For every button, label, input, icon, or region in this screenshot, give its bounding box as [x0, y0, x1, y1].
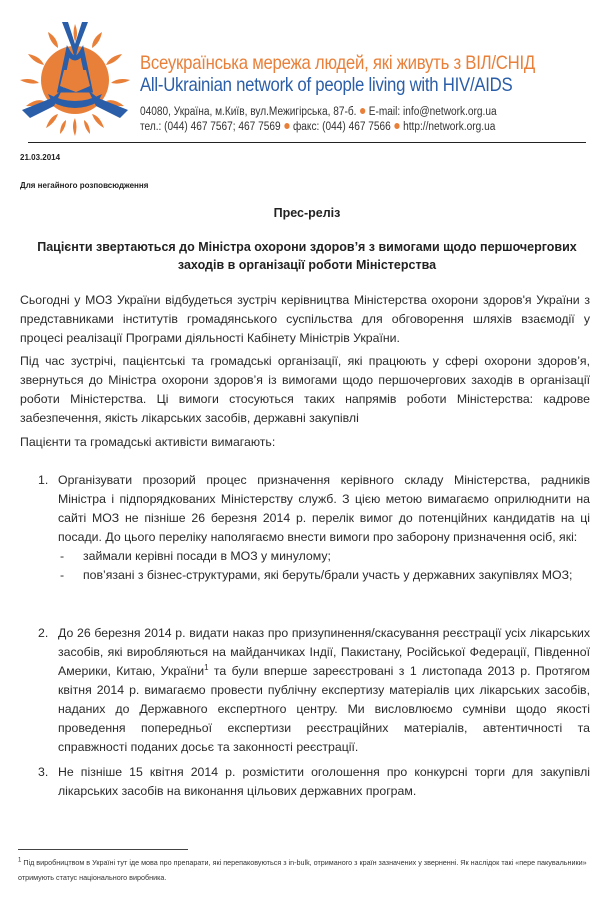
list-number: 3. [38, 763, 58, 782]
footnote-divider [18, 849, 188, 850]
sub-item-text: займали керівні посади в МОЗ у минулому; [83, 549, 331, 563]
bullet-dot-icon [360, 108, 365, 114]
paragraph-demands-lead: Пацієнти та громадські активісти вимагаю… [20, 433, 590, 452]
email: E-mail: info@network.org.ua [369, 106, 497, 118]
contact-line-phone: тел.: (044) 467 7567; 467 7569факс: (044… [140, 121, 495, 133]
sub-item-text: пов’язані з бізнес-структурами, які беру… [83, 568, 572, 582]
contact-line-address: 04080, Україна, м.Київ, вул.Межигірська,… [140, 106, 497, 118]
demand-text: Організувати прозорий процес призначення… [58, 471, 590, 547]
list-item-body: Організувати прозорий процес призначення… [58, 471, 590, 585]
phone: тел.: (044) 467 7567; 467 7569 [140, 121, 281, 133]
sun-with-people-logo-icon [18, 18, 133, 138]
sub-item: - займали керівні посади в МОЗ у минулом… [58, 547, 590, 566]
document-date: 21.03.2014 [20, 153, 60, 162]
bullet-dot-icon [284, 123, 289, 129]
list-item-body: Не пізніше 15 квітня 2014 р. розмістити … [58, 763, 590, 801]
footnote: 1 Під виробництвом в Україні тут іде мов… [18, 855, 608, 885]
list-number: 2. [38, 624, 58, 643]
org-name-ukrainian: Всеукраїнська мережа людей, які живуть з… [140, 52, 535, 75]
fax: факс: (044) 467 7566 [293, 121, 391, 133]
org-name-english: All-Ukrainian network of people living w… [140, 74, 512, 97]
paragraph-demands-intro: Під час зустрічі, пацієнтські та громадс… [20, 352, 590, 428]
distribution-note: Для негайного розповсюдження [20, 181, 148, 190]
sub-item: - пов’язані з бізнес-структурами, які бе… [58, 566, 590, 585]
website: http://network.org.ua [403, 121, 495, 133]
list-number: 1. [38, 471, 58, 490]
letterhead: Всеукраїнська мережа людей, які живуть з… [0, 0, 614, 148]
document-type-title: Прес-реліз [0, 206, 614, 220]
bullet-dot-icon [394, 123, 399, 129]
footnote-text: Під виробництвом в Україні тут іде мова … [18, 858, 587, 882]
header-divider [28, 142, 586, 143]
list-item-body: До 26 березня 2014 р. видати наказ про п… [58, 624, 590, 757]
dash-bullet: - [60, 566, 64, 585]
paragraph-meeting: Сьогодні у МОЗ України відбудеться зустр… [20, 291, 590, 348]
headline: Пацієнти звертаються до Міністра охорони… [20, 238, 594, 274]
dash-bullet: - [60, 547, 64, 566]
address: 04080, Україна, м.Київ, вул.Межигірська,… [140, 106, 356, 118]
